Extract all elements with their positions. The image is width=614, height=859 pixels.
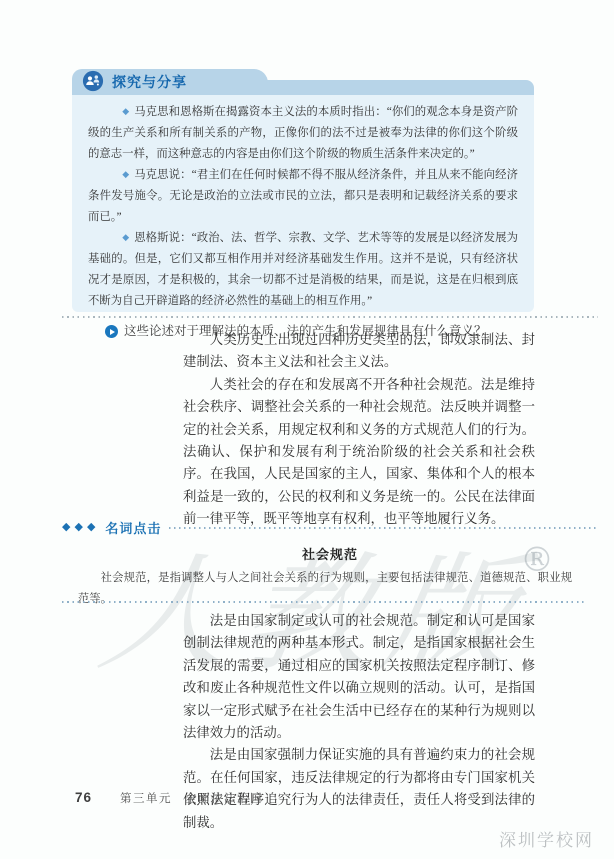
site-watermark: 深圳学校网 [499,826,594,851]
textbook-page: 人教版 ® 探究与分享 马克思和恩格斯在揭露资本主义法的本质时指出：“你们的观念… [0,0,614,859]
explore-header-tab: 探究与分享 [72,69,268,95]
triple-diamond-icon [62,522,95,533]
quote-marx-engels: 马克思和恩格斯在揭露资本主义法的本质时指出：“你们的观念本身是资产阶级的生产关系… [88,102,518,165]
explore-share-body: 马克思和恩格斯在揭露资本主义法的本质时指出：“你们的观念本身是资产阶级的生产关系… [72,95,534,312]
explore-header-strip [242,80,534,95]
page-footer: 76 第三单元 全面依法治国 [75,790,263,806]
page-number: 76 [75,790,92,805]
quote-text: 马克思说：“君主们在任何时候都不得不服从经济条件，并且从来不能向经济条件发号施令… [88,169,518,223]
quote-text: 恩格斯说：“政治、法、哲学、宗教、文学、艺术等等的发展是以经济发展为基础的。但是… [88,232,518,307]
unit-title: 第三单元 全面依法治国 [120,790,263,806]
paragraph: 人类社会的存在和发展离不开各种社会规范。法是维持社会秩序、调整社会关系的一种社会… [183,374,535,531]
explore-share-box: 探究与分享 马克思和恩格斯在揭露资本主义法的本质时指出：“你们的观念本身是资产阶… [72,69,534,312]
diamond-bullet-icon [105,164,129,185]
explore-share-title: 探究与分享 [112,72,187,92]
paragraph: 法是由国家制定或认可的社会规范。制定和认可是国家创制法律规范的两种基本形式。制定… [183,610,535,744]
term-click-section: 名词点击 社会规范 社会规范，是指调整人与人之间社会关系的行为规则，主要包括法律… [62,518,598,610]
dotted-rule [169,527,598,529]
main-text-upper: 人类历史上出现过四种历史类型的法，即奴隶制法、封建制法、资本主义法和社会主义法。… [183,329,535,531]
dotted-divider [62,316,598,318]
quote-text: 马克思和恩格斯在揭露资本主义法的本质时指出：“你们的观念本身是资产阶级的生产关系… [88,106,518,160]
diamond-bullet-icon [105,227,129,248]
dotted-divider [62,601,586,603]
paragraph: 人类历史上出现过四种历史类型的法，即奴隶制法、封建制法、资本主义法和社会主义法。 [183,329,535,374]
term-title: 社会规范 [62,544,598,563]
diamond-bullet-icon [105,101,129,122]
term-click-label: 名词点击 [105,518,161,537]
quote-engels: 恩格斯说：“政治、法、哲学、宗教、文学、艺术等等的发展是以经济发展为基础的。但是… [88,228,518,312]
term-click-header: 名词点击 [62,518,598,537]
people-discussion-icon [82,70,104,92]
quote-marx: 马克思说：“君主们在任何时候都不得不服从经济条件，并且从来不能向经济条件发号施令… [88,165,518,228]
play-arrow-icon [105,325,118,338]
term-definition: 社会规范，是指调整人与人之间社会关系的行为规则，主要包括法律规范、道德规范、职业… [78,568,572,610]
